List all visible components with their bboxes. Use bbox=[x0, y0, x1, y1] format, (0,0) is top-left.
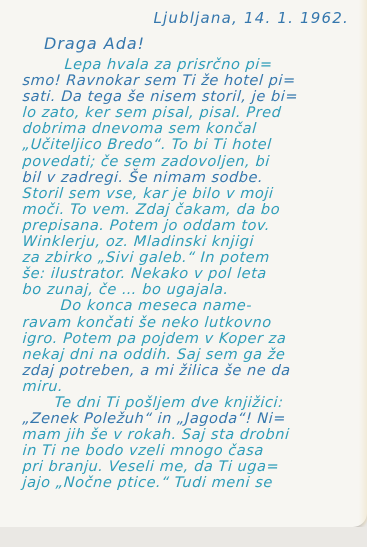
handwriting-line: Lepa hvala za prisrčno pi= bbox=[22, 57, 362, 73]
handwriting-line: še: ilustrator. Nekako v pol leta bbox=[22, 266, 362, 282]
handwriting-line: ravam končati še neko lutkovno bbox=[22, 315, 362, 331]
handwriting-line: in Ti ne bodo vzeli mnogo časa bbox=[22, 443, 362, 459]
handwriting-line: miru. bbox=[22, 379, 362, 395]
handwriting-line: prepisana. Potem jo oddam tov. bbox=[22, 218, 362, 234]
handwritten-letter: Ljubljana, 14. 1. 1962. Draga Ada! Lepa … bbox=[0, 0, 367, 527]
handwriting-line: zdaj potreben, a mi žilica še ne da bbox=[22, 363, 362, 379]
handwriting-line: Do konca meseca name- bbox=[22, 298, 362, 314]
handwriting-line: smo! Ravnokar sem Ti že hotel pi= bbox=[22, 73, 362, 89]
handwriting-line: bo zunaj, če … bo ugajala. bbox=[22, 282, 362, 298]
handwriting-line: Te dni Ti pošljem dve knjižici: bbox=[22, 395, 362, 411]
handwriting-line: Winklerju, oz. Mladinski knjigi bbox=[22, 234, 362, 250]
letter-body: Lepa hvala za prisrčno pi= smo! Ravnokar… bbox=[22, 57, 361, 492]
handwriting-line: bil v zadregi. Še nimam sodbe. bbox=[22, 170, 362, 186]
handwriting-line: mam jih še v rokah. Saj sta drobni bbox=[22, 427, 362, 443]
scanned-letter: Ljubljana, 14. 1. 1962. Draga Ada! Lepa … bbox=[0, 0, 367, 547]
letter-dateline: Ljubljana, 14. 1. 1962. bbox=[0, 9, 349, 27]
handwriting-line: lo zato, ker sem pisal, pisal. Pred bbox=[22, 105, 362, 121]
handwriting-line: moči. To vem. Zdaj čakam, da bo bbox=[22, 202, 362, 218]
handwriting-line: igro. Potem pa pojdem v Koper za bbox=[22, 331, 362, 347]
handwriting-line: „Učiteljico Bredo“. To bi Ti hotel bbox=[22, 137, 362, 153]
scanner-background bbox=[0, 527, 367, 547]
handwriting-line: dobrima dnevoma sem končal bbox=[22, 121, 362, 137]
handwriting-line: pri branju. Veseli me, da Ti uga= bbox=[22, 459, 362, 475]
letter-salutation: Draga Ada! bbox=[44, 34, 367, 53]
handwriting-line: „Zenek Poležuh“ in „Jagoda“! Ni= bbox=[22, 411, 362, 427]
handwriting-line: za zbirko „Sivi galeb.“ In potem bbox=[22, 250, 362, 266]
handwriting-line: jajo „Nočne ptice.“ Tudi meni se bbox=[22, 475, 362, 491]
handwriting-line: Storil sem vse, kar je bilo v moji bbox=[22, 186, 362, 202]
handwriting-line: povedati; če sem zadovoljen, bi bbox=[22, 154, 362, 170]
handwriting-line: nekaj dni na oddih. Saj sem ga že bbox=[22, 347, 362, 363]
handwriting-line: sati. Da tega še nisem storil, je bi= bbox=[22, 89, 362, 105]
